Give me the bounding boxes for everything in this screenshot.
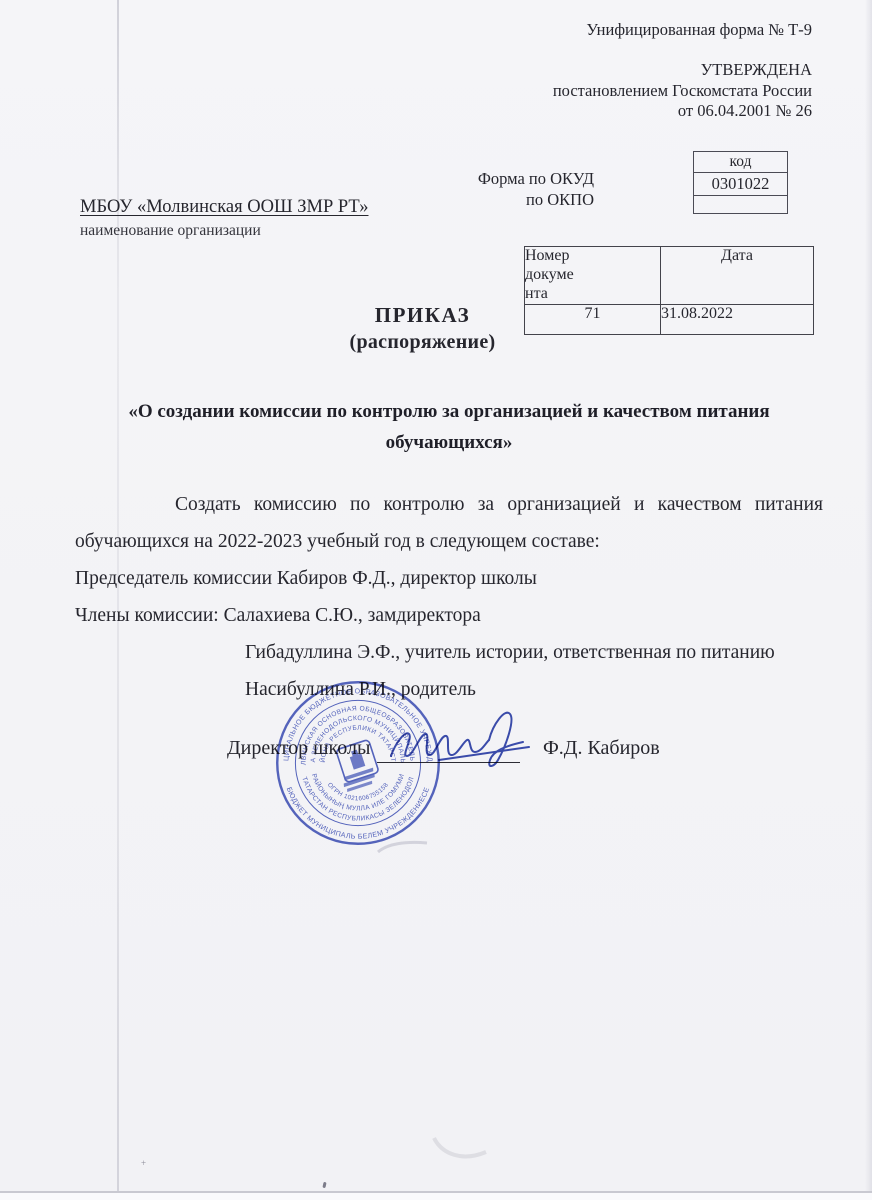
approved-line2: постановлением Госкомстата России — [553, 81, 812, 102]
okud-label: Форма по ОКУД — [0, 168, 594, 189]
okud-code-value: 0301022 — [694, 173, 788, 196]
order-subject-heading: «О создании комиссии по контролю за орга… — [75, 397, 823, 458]
signature-name: Ф.Д. Кабиров — [543, 737, 660, 760]
scan-smudge-2 — [428, 1128, 494, 1166]
body-line-members: Члены комиссии: Салахиева С.Ю., замдирек… — [75, 597, 823, 634]
number-header-cell: Номер докуме нта — [525, 247, 661, 305]
date-header-cell: Дата — [661, 247, 814, 305]
number-header-line1: Номер — [525, 247, 660, 266]
scan-right-edge-shade — [865, 0, 872, 1200]
unified-form-label: Унифицированная форма № Т-9 — [586, 20, 812, 40]
approved-line3: от 06.04.2001 № 26 — [553, 101, 812, 122]
approved-line1: УТВЕРЖДЕНА — [553, 60, 812, 81]
code-table-header: код — [694, 152, 788, 173]
body-line-chairman: Председатель комиссии Кабиров Ф.Д., дире… — [75, 560, 823, 597]
handwritten-signature — [383, 700, 553, 778]
body-paragraph: Создать комиссию по контролю за организа… — [75, 486, 823, 560]
stamp-center-emblem — [332, 739, 382, 792]
scanned-order-document: Унифицированная форма № Т-9 УТВЕРЖДЕНА п… — [0, 0, 872, 1200]
document-date-value: 31.08.2022 — [661, 305, 814, 335]
number-date-table: Номер докуме нта Дата 71 31.08.2022 — [524, 246, 814, 335]
svg-text:БЮДЖЕТ МУНИЦИПАЛЬ БЕЛЕМ УЧРЕЖД: БЮДЖЕТ МУНИЦИПАЛЬ БЕЛЕМ УЧРЕЖДЕНИЕСЕ — [285, 786, 432, 840]
document-number-value: 71 — [525, 305, 661, 335]
scan-speck-1: + — [141, 1160, 146, 1167]
table-value-row: 71 31.08.2022 — [525, 305, 814, 335]
stamp-ring1-bottom-text: БЮДЖЕТ МУНИЦИПАЛЬ БЕЛЕМ УЧРЕЖДЕНИЕСЕ — [285, 786, 432, 840]
scan-speck-2 — [322, 1182, 326, 1188]
code-table: код 0301022 — [693, 151, 788, 214]
number-header-line3: нта — [525, 285, 660, 304]
organization-caption: наименование организации — [80, 222, 261, 240]
document-subtitle: (распоряжение) — [320, 331, 525, 354]
approval-block: УТВЕРЖДЕНА постановлением Госкомстата Ро… — [553, 60, 812, 122]
table-header-row: Номер докуме нта Дата — [525, 247, 814, 305]
organization-name: МБОУ «Молвинская ООШ ЗМР РТ» — [80, 197, 369, 218]
scan-smudge-1 — [375, 836, 435, 858]
scan-bottom-strip — [0, 1193, 872, 1200]
okpo-code-value — [694, 196, 788, 214]
document-title-block: ПРИКАЗ (распоряжение) — [320, 303, 525, 354]
number-header-line2: докуме — [525, 266, 660, 285]
document-title: ПРИКАЗ — [320, 303, 525, 328]
